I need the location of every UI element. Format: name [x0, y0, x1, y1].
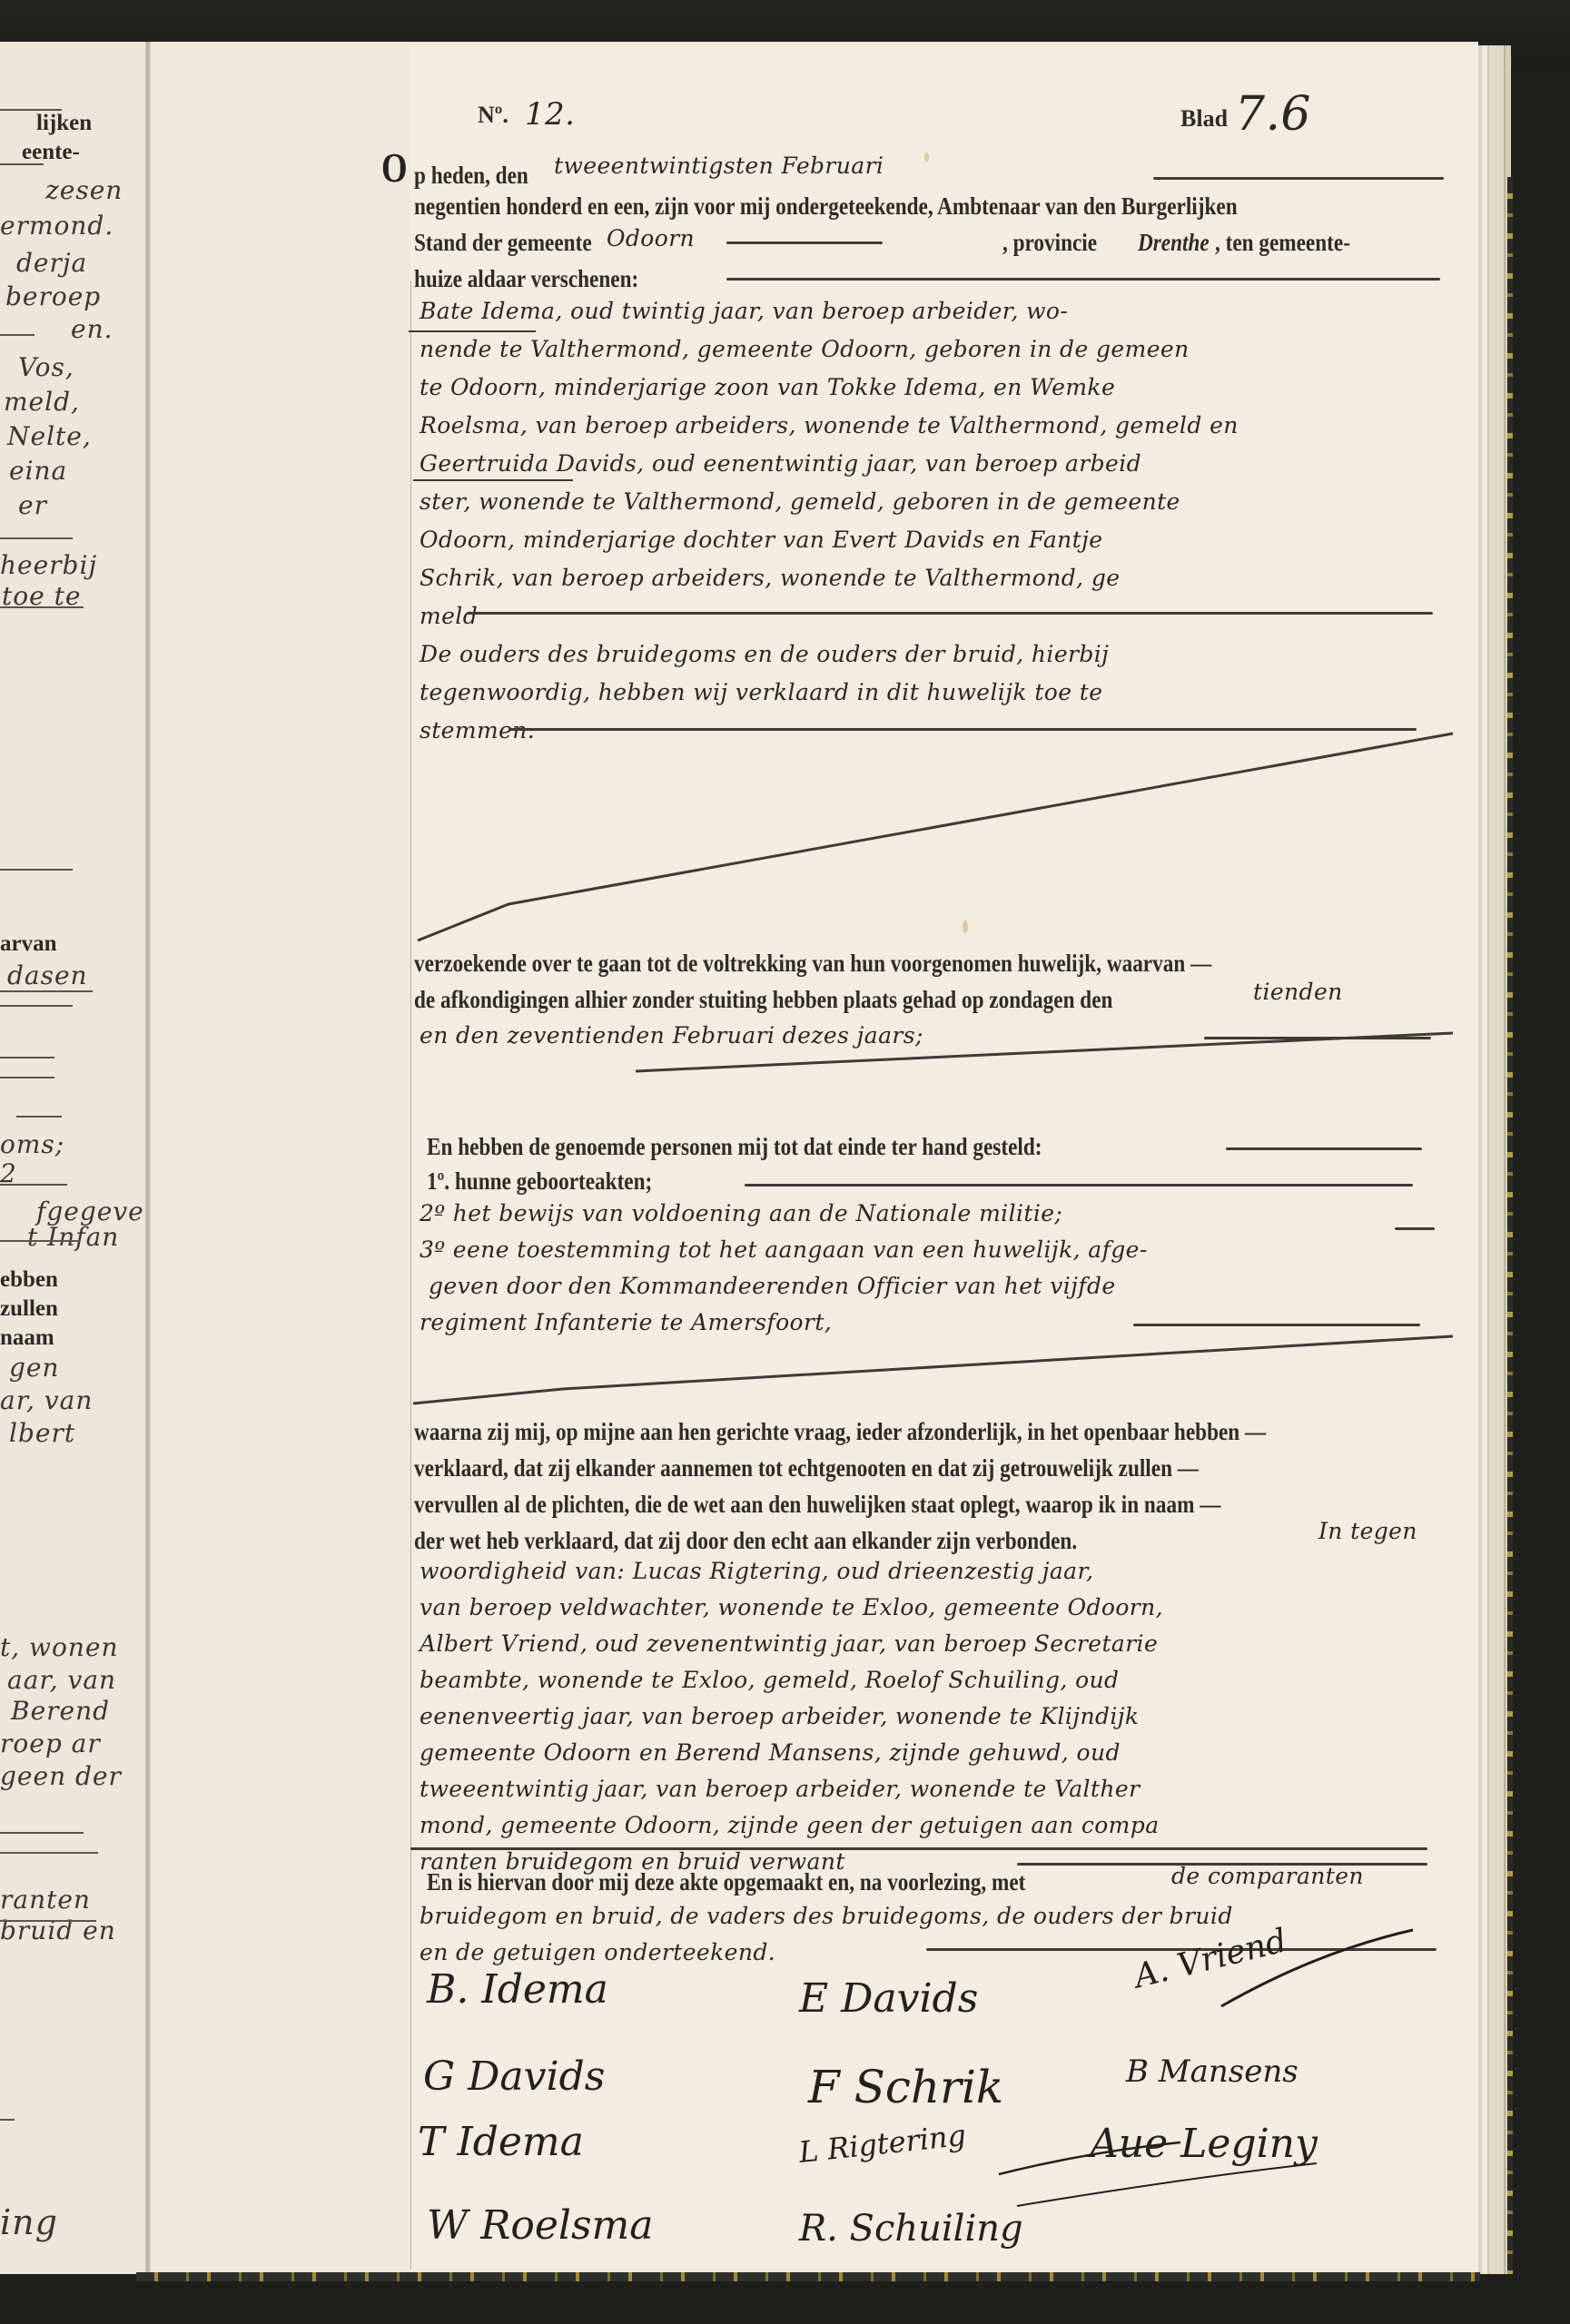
printed-text: der wet heb verklaard, dat zij door den … — [414, 1527, 1077, 1555]
section-rule — [410, 1847, 1427, 1850]
left-handwritten-text: meld, — [4, 387, 80, 417]
left-rule — [16, 1116, 62, 1118]
handwritten-line: Geertruida Davids, oud eenentwintig jaar… — [420, 450, 1141, 477]
left-handwritten-text: t Infan — [27, 1222, 119, 1252]
left-handwritten-text: geen der — [0, 1761, 122, 1791]
left-handwritten-text: er — [18, 490, 47, 520]
record-number-value: 12. — [525, 96, 575, 133]
handwritten-line: de comparanten — [1171, 1863, 1364, 1889]
fill-rule — [467, 612, 1433, 615]
signature: T Idema — [418, 2119, 584, 2165]
fill-rule — [1395, 1227, 1435, 1230]
signature: E Davids — [799, 1975, 978, 2022]
left-handwritten-text: roep ar — [0, 1728, 101, 1758]
signature: G Davids — [423, 2053, 605, 2100]
handwritten-line: gemeente Odoorn en Berend Mansens, zijnd… — [420, 1739, 1121, 1766]
left-rule — [0, 1077, 54, 1078]
handwritten-line: eenenveertig jaar, van beroep arbeider, … — [420, 1703, 1139, 1729]
fill-rule — [1204, 1037, 1431, 1039]
left-handwritten-text: heerbij — [0, 550, 97, 580]
drop-initial: O — [381, 143, 408, 192]
paper-stain — [924, 153, 929, 162]
printed-text: waarna zij mij, op mijne aan hen gericht… — [414, 1418, 1266, 1446]
left-printed-text: naam — [0, 1325, 54, 1351]
left-handwritten-text: en. — [71, 314, 114, 344]
left-printed-text: ebben — [0, 1267, 58, 1293]
left-handwritten-text: t, wonen — [0, 1632, 119, 1662]
handwritten-line: meld — [420, 603, 478, 629]
left-handwritten-text: zesen — [45, 175, 123, 205]
handwritten-line: van beroep veldwachter, wonende te Exloo… — [420, 1594, 1163, 1620]
left-handwritten-text: Vos, — [18, 352, 74, 382]
fill-rule — [1133, 1324, 1420, 1326]
left-rule — [0, 1852, 98, 1854]
handwritten-line: woordigheid van: Lucas Rigtering, oud dr… — [420, 1558, 1093, 1584]
left-handwritten-text: aar, van — [7, 1665, 116, 1695]
book-binding-bottom — [0, 2274, 1570, 2324]
left-rule — [0, 606, 84, 608]
left-rule — [0, 537, 73, 539]
handwritten-line: tweeentwintig jaar, van beroep arbeider,… — [420, 1776, 1140, 1802]
left-rule — [0, 1005, 73, 1007]
handwritten-line: Odoorn, minderjarige dochter van Evert D… — [420, 527, 1102, 553]
handwritten-line: 3º eene toestemming tot het aangaan van … — [420, 1236, 1148, 1263]
fill-rule — [1153, 177, 1444, 180]
left-handwritten-text: oms; — [0, 1129, 64, 1159]
handwritten-line: De ouders des bruidegoms en de ouders de… — [420, 641, 1109, 667]
left-handwritten-text: lbert — [9, 1418, 75, 1448]
left-rule — [0, 1240, 80, 1242]
date-handwritten: tienden — [1253, 979, 1343, 1005]
handwritten-line: Schrik, van beroep arbeiders, wonende te… — [420, 565, 1120, 591]
left-rule — [0, 334, 35, 336]
printed-text: En is hiervan door mij deze akte opgemaa… — [427, 1868, 1025, 1896]
record-number-label: Nº. — [478, 102, 509, 129]
signature: B Mansens — [1126, 2053, 1298, 2090]
left-handwritten-text: ar, van — [0, 1385, 93, 1415]
handwritten-line: tegenwoordig, hebben wij verklaard in di… — [420, 679, 1102, 705]
left-rule — [0, 2119, 15, 2121]
signature: Aue Leginy — [1090, 2121, 1318, 2167]
name-underline — [409, 330, 536, 332]
page-stack-edge — [1478, 45, 1511, 2275]
left-rule — [0, 1184, 67, 1186]
left-page-fragment: lijken eente- zesen ermond. derja beroep… — [0, 42, 147, 2275]
left-handwritten-text: derja — [16, 248, 87, 278]
left-handwritten-text: ranten — [0, 1885, 91, 1915]
left-handwritten-text: Nelte, — [7, 421, 92, 451]
left-rule — [0, 109, 62, 111]
printed-text: 1º. hunne geboorteakten; — [427, 1167, 652, 1196]
handwritten-line: In tegen — [1318, 1518, 1417, 1544]
printed-text: Stand der gemeente — [414, 229, 592, 257]
left-handwritten-text: beroep — [5, 281, 101, 311]
signature: W Roelsma — [427, 2202, 653, 2249]
left-printed-text: eente- — [22, 140, 80, 165]
printed-text: , ten gemeente- — [1215, 229, 1350, 257]
fill-rule — [726, 278, 1440, 281]
signature: R. Schuiling — [799, 2208, 1023, 2250]
handwritten-line: mond, gemeente Odoorn, zijnde geen der g… — [420, 1812, 1160, 1838]
left-printed-text: zullen — [0, 1296, 58, 1322]
date-handwritten: tweeentwintigsten Februari — [554, 153, 884, 179]
handwritten-line: Roelsma, van beroep arbeiders, wonende t… — [420, 412, 1239, 438]
left-handwritten-text: ing — [0, 2202, 58, 2242]
handwritten-line: bruidegom en bruid, de vaders des bruide… — [420, 1903, 1233, 1929]
gilt-page-edge-bottom — [136, 2272, 1480, 2281]
signature: B. Idema — [427, 1966, 608, 2013]
fill-rule — [509, 728, 1417, 731]
left-rule — [0, 869, 73, 871]
handwritten-line: geven door den Kommandeerenden Officier … — [429, 1273, 1116, 1299]
date-handwritten: en den zeventienden Februari dezes jaars… — [420, 1022, 923, 1049]
signature: F Schrik — [808, 2061, 1003, 2113]
handwritten-line: te Odoorn, minderjarige zoon van Tokke I… — [420, 374, 1115, 400]
printed-text: de afkondigingen alhier zonder stuiting … — [414, 986, 1112, 1014]
printed-text: vervullen al de plichten, die de wet aan… — [414, 1491, 1220, 1519]
handwritten-line: regiment Infanterie te Amersfoort, — [420, 1309, 832, 1335]
printed-text: En hebben de genoemde personen mij tot d… — [427, 1133, 1042, 1161]
left-handwritten-text: eina — [9, 456, 67, 486]
gilt-page-edge-right — [1507, 177, 1513, 2274]
printed-text: verzoekende over te gaan tot de voltrekk… — [414, 950, 1211, 978]
handwritten-line: ster, wonende te Valthermond, gemeld, ge… — [420, 488, 1180, 515]
handwritten-line: nende te Valthermond, gemeente Odoorn, g… — [420, 336, 1190, 362]
left-handwritten-text: Berend — [11, 1696, 110, 1726]
left-rule — [0, 990, 93, 992]
handwritten-line: Albert Vriend, oud zevenentwintig jaar, … — [420, 1630, 1158, 1657]
fill-rule — [1226, 1147, 1422, 1150]
handwritten-line: Bate Idema, oud twintig jaar, van beroep… — [420, 298, 1068, 324]
left-handwritten-text: gen — [9, 1353, 60, 1383]
fill-rule — [745, 1184, 1413, 1187]
sheet-label: Blad — [1180, 105, 1228, 133]
handwritten-line: 2º het bewijs van voldoening aan de Nati… — [420, 1200, 1062, 1226]
handwritten-line: beambte, wonende te Exloo, gemeld, Roelo… — [420, 1667, 1119, 1693]
printed-text: huize aldaar verschenen: — [414, 265, 638, 293]
province-name: Drenthe — [1138, 229, 1210, 257]
paper-stain — [963, 921, 968, 933]
left-handwritten-text: dasen — [7, 960, 88, 990]
fill-rule — [726, 241, 883, 244]
left-rule — [0, 1920, 96, 1922]
left-rule — [0, 1832, 84, 1834]
margin-rule — [410, 281, 411, 2270]
printed-text: , provincie — [1002, 229, 1097, 257]
printed-text: p heden, den — [414, 162, 528, 190]
left-rule — [0, 1057, 54, 1059]
left-printed-text: lijken — [36, 111, 92, 136]
municipality-handwritten: Odoorn — [607, 225, 695, 251]
sheet-value: 7.6 — [1235, 87, 1311, 142]
name-underline — [413, 479, 573, 481]
left-printed-text: arvan — [0, 931, 57, 957]
book-gutter — [145, 42, 151, 2275]
printed-text: negentien honderd en een, zijn voor mij … — [414, 192, 1238, 221]
left-handwritten-text: ermond. — [0, 211, 114, 241]
left-rule — [0, 163, 44, 165]
handwritten-line: en de getuigen onderteekend. — [420, 1939, 775, 1965]
printed-text: verklaard, dat zij elkander aannemen tot… — [414, 1454, 1199, 1482]
